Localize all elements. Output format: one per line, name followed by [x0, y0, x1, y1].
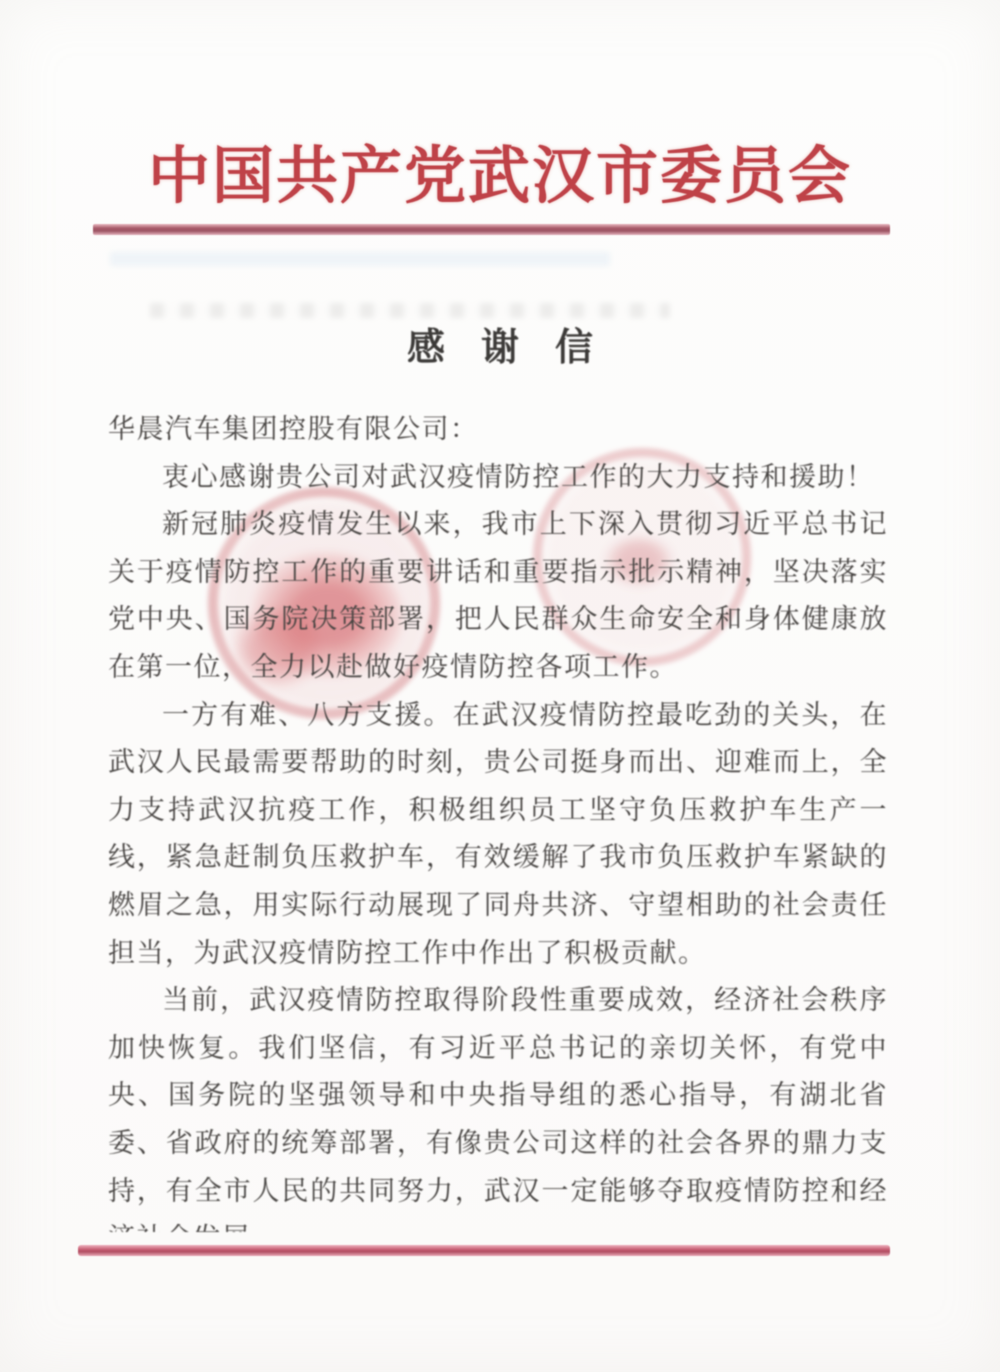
letter-body: 华晨汽车集团控股有限公司： 衷心感谢贵公司对武汉疫情防控工作的大力支持和援助！ …	[108, 406, 888, 1232]
letter-paragraph-outlook: 当前，武汉疫情防控取得阶段性重要成效，经济社会秩序加快恢复。我们坚信，有习近平总…	[108, 977, 888, 1232]
scan-artifact-band	[110, 252, 610, 266]
document-title: 感谢信	[0, 316, 1000, 371]
letter-paragraph-background: 新冠肺炎疫情发生以来，我市上下深入贯彻习近平总书记关于疫情防控工作的重要讲话和重…	[108, 501, 888, 691]
letter-paragraph-contribution: 一方有难、八方支援。在武汉疫情防控最吃劲的关头，在武汉人民最需要帮助的时刻，贵公…	[108, 692, 888, 978]
scanned-letter-page: 中国共产党武汉市委员会 感谢信 华晨汽车集团控股有限公司： 衷心感谢贵公司对武汉…	[0, 0, 1000, 1372]
addressee-line: 华晨汽车集团控股有限公司：	[108, 406, 888, 454]
page-bottom-rule	[78, 1245, 890, 1256]
letter-paragraph-thanks: 衷心感谢贵公司对武汉疫情防控工作的大力支持和援助！	[108, 454, 888, 502]
letterhead-divider-rule	[93, 224, 890, 235]
letterhead-organization-title: 中国共产党武汉市委员会	[0, 126, 1000, 215]
